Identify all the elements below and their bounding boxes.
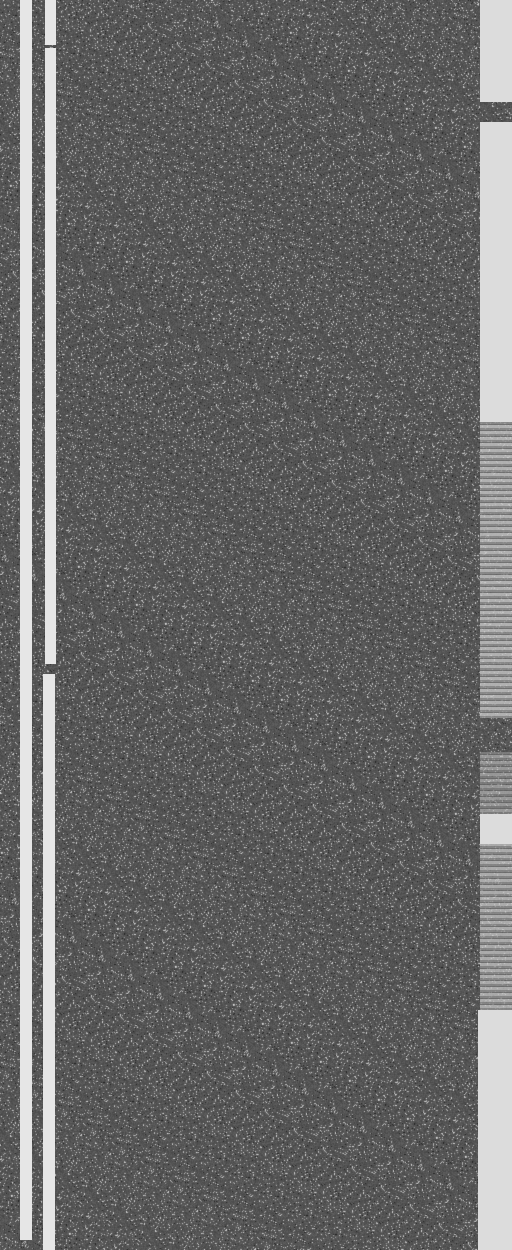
edge-block xyxy=(480,814,512,844)
edge-block-worn xyxy=(480,752,512,814)
edge-block-worn xyxy=(480,844,512,1010)
edge-block-worn xyxy=(480,422,512,718)
left-solid-line xyxy=(20,0,32,1240)
road-scene: Top-down view of an asphalt road surface… xyxy=(0,0,512,1250)
broken-line-segment xyxy=(45,48,56,664)
broken-line-segment xyxy=(43,674,55,1250)
edge-block xyxy=(480,0,512,102)
edge-block xyxy=(478,1010,512,1250)
broken-line-segment xyxy=(45,0,56,45)
asphalt-texture xyxy=(0,0,512,1250)
edge-block xyxy=(480,122,512,422)
